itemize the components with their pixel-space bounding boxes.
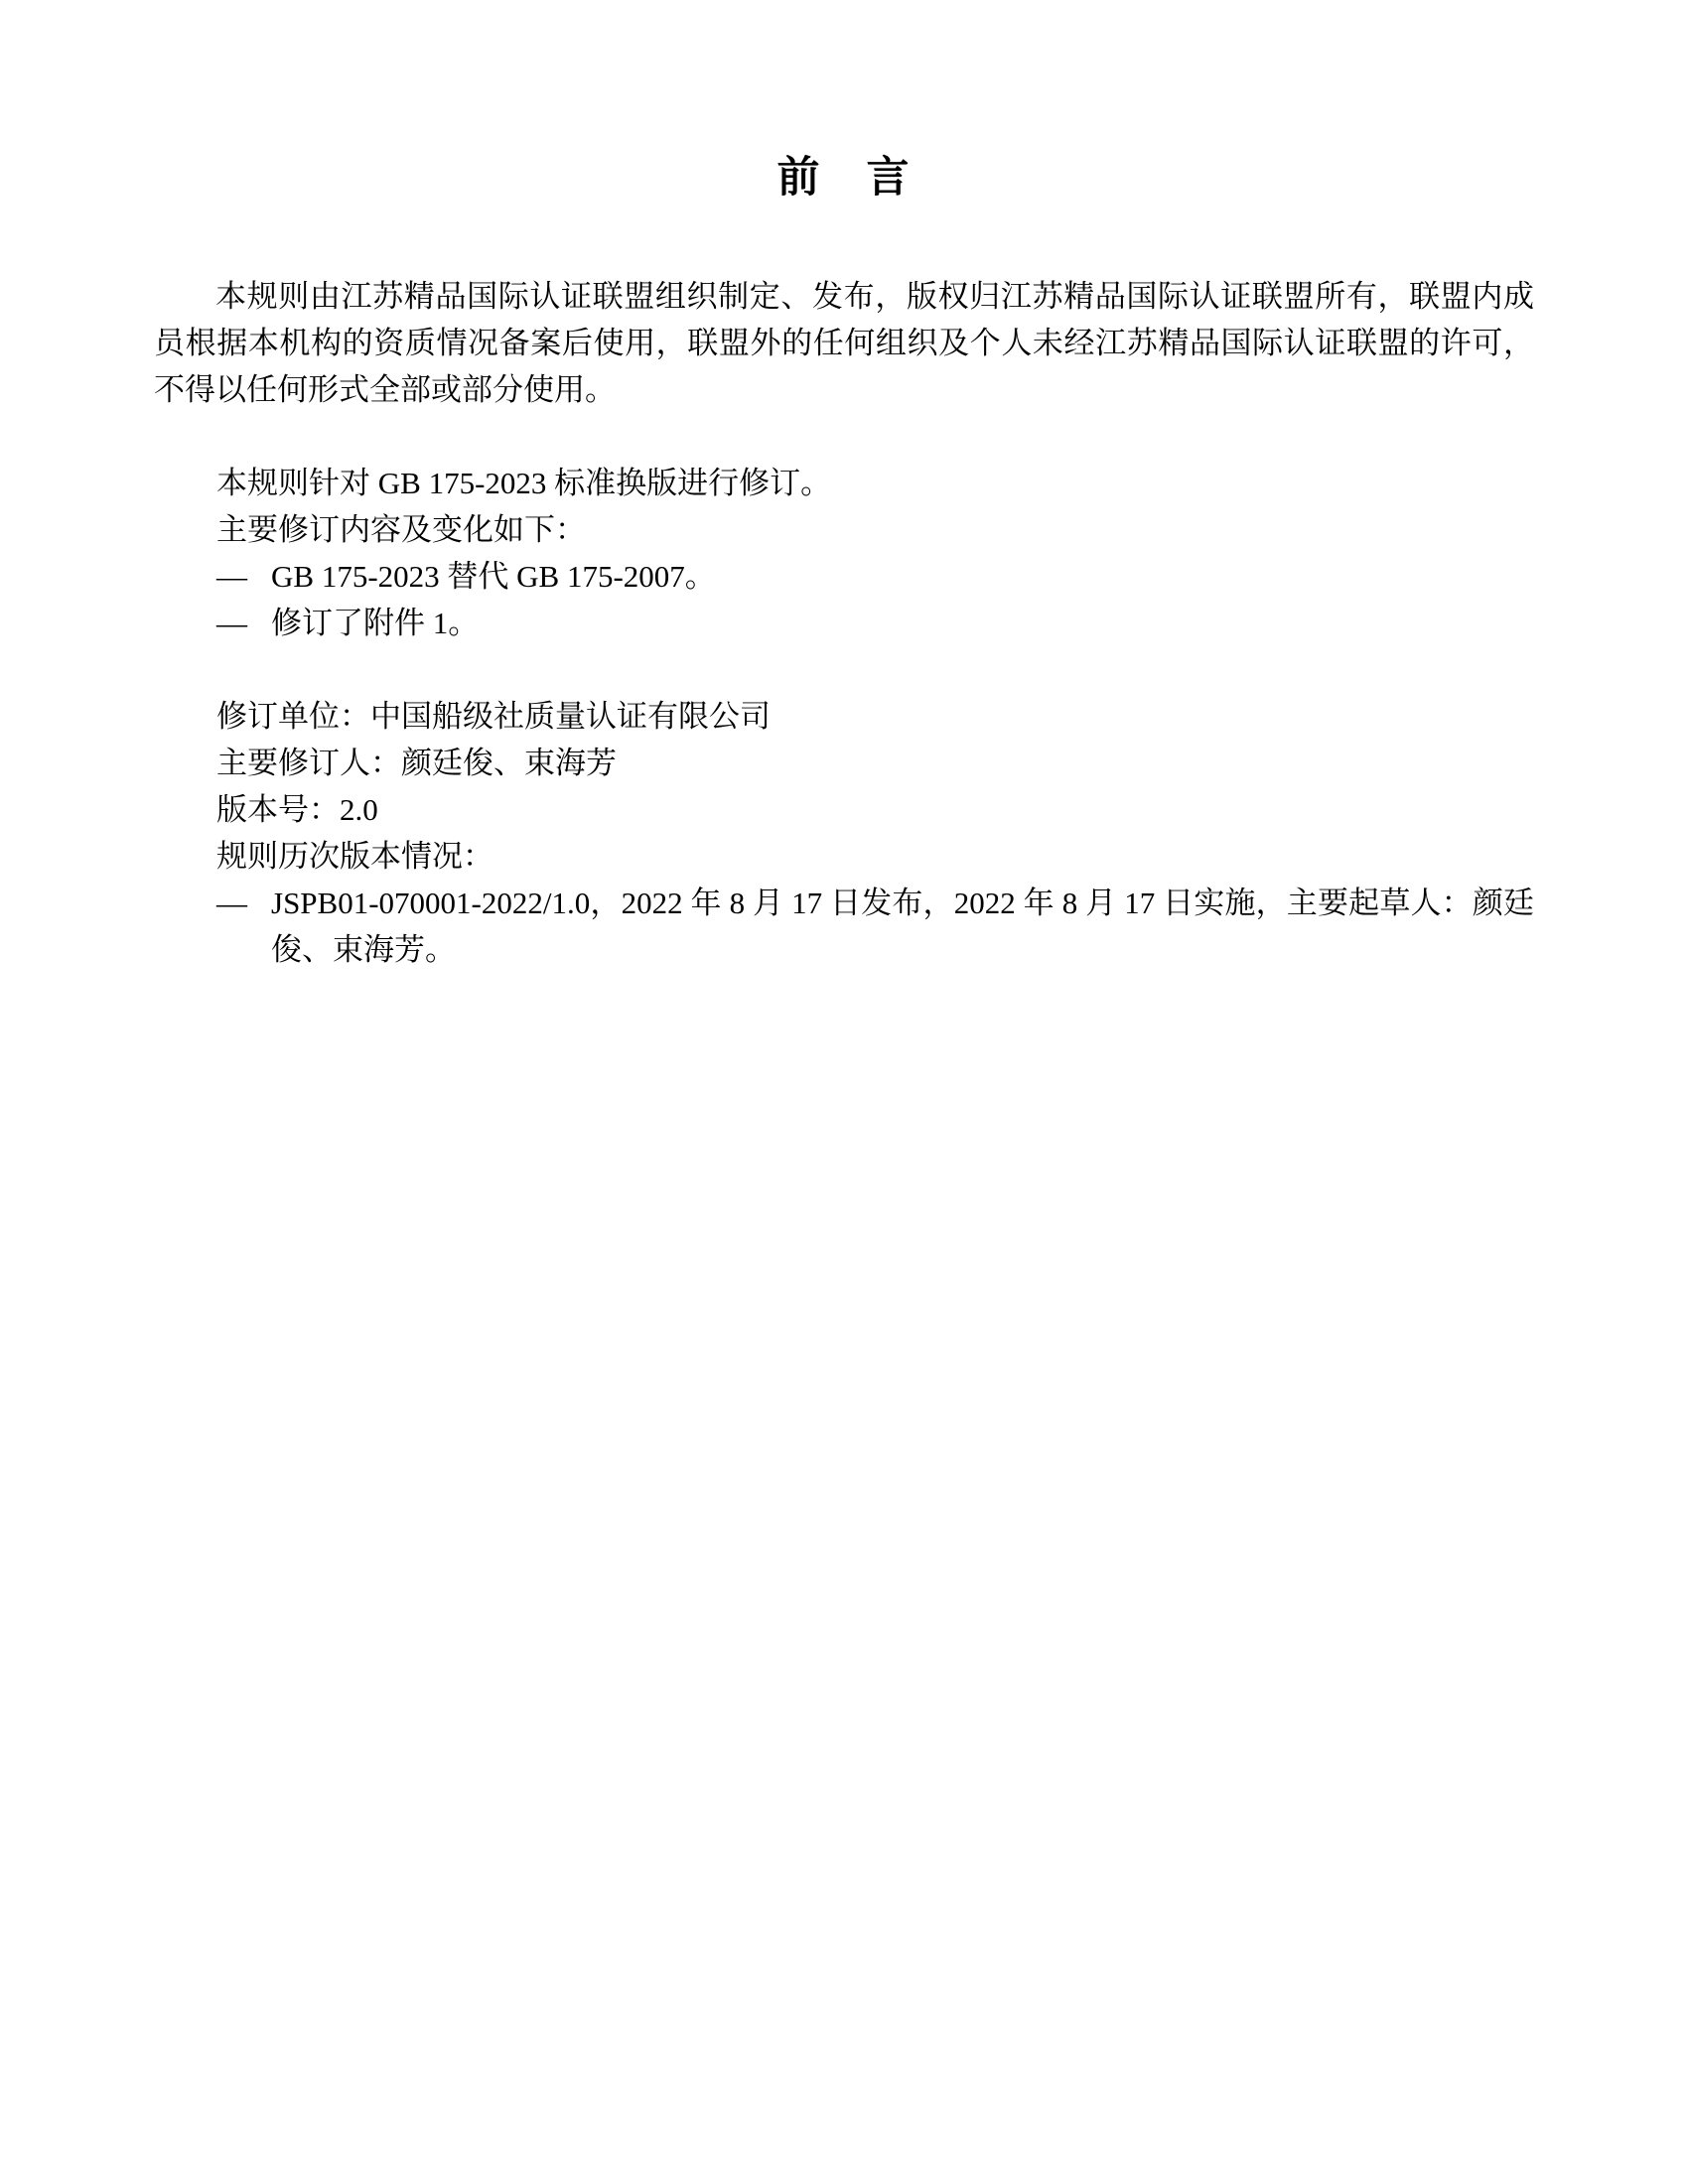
history-item: —JSPB01-070001-2022/1.0，2022 年 8 月 17 日发… <box>154 880 1534 973</box>
page-content: 前 言 本规则由江苏精品国际认证联盟组织制定、发布，版权归江苏精品国际认证联盟所… <box>0 0 1688 973</box>
revision-block: 本规则针对 GB 175-2023 标准换版进行修订。 主要修订内容及变化如下：… <box>154 460 1534 646</box>
change-item-text: GB 175-2023 替代 GB 175-2007。 <box>271 559 716 594</box>
change-item-text: 修订了附件 1。 <box>271 606 479 640</box>
page-title: 前 言 <box>154 0 1534 204</box>
history-item-text: JSPB01-070001-2022/1.0，2022 年 8 月 17 日发布… <box>271 886 1534 967</box>
document-page: 前 言 本规则由江苏精品国际认证联盟组织制定、发布，版权归江苏精品国际认证联盟所… <box>0 0 1688 2184</box>
dash-marker: — <box>216 880 271 926</box>
version-history-heading-line: 规则历次版本情况： <box>154 833 1534 880</box>
change-item: —修订了附件 1。 <box>154 600 1534 646</box>
revision-note-line: 本规则针对 GB 175-2023 标准换版进行修订。 <box>154 460 1534 506</box>
version-number-line: 版本号：2.0 <box>154 786 1534 833</box>
main-revisers-line: 主要修订人：颜廷俊、束海芳 <box>154 740 1534 786</box>
dash-marker: — <box>216 553 271 600</box>
intro-paragraph: 本规则由江苏精品国际认证联盟组织制定、发布，版权归江苏精品国际认证联盟所有，联盟… <box>154 273 1534 413</box>
change-item: —GB 175-2023 替代 GB 175-2007。 <box>154 553 1534 600</box>
revising-unit-line: 修订单位：中国船级社质量认证有限公司 <box>154 693 1534 740</box>
info-block: 修订单位：中国船级社质量认证有限公司 主要修订人：颜廷俊、束海芳 版本号：2.0… <box>154 693 1534 973</box>
dash-marker: — <box>216 600 271 646</box>
changes-heading-line: 主要修订内容及变化如下： <box>154 506 1534 553</box>
